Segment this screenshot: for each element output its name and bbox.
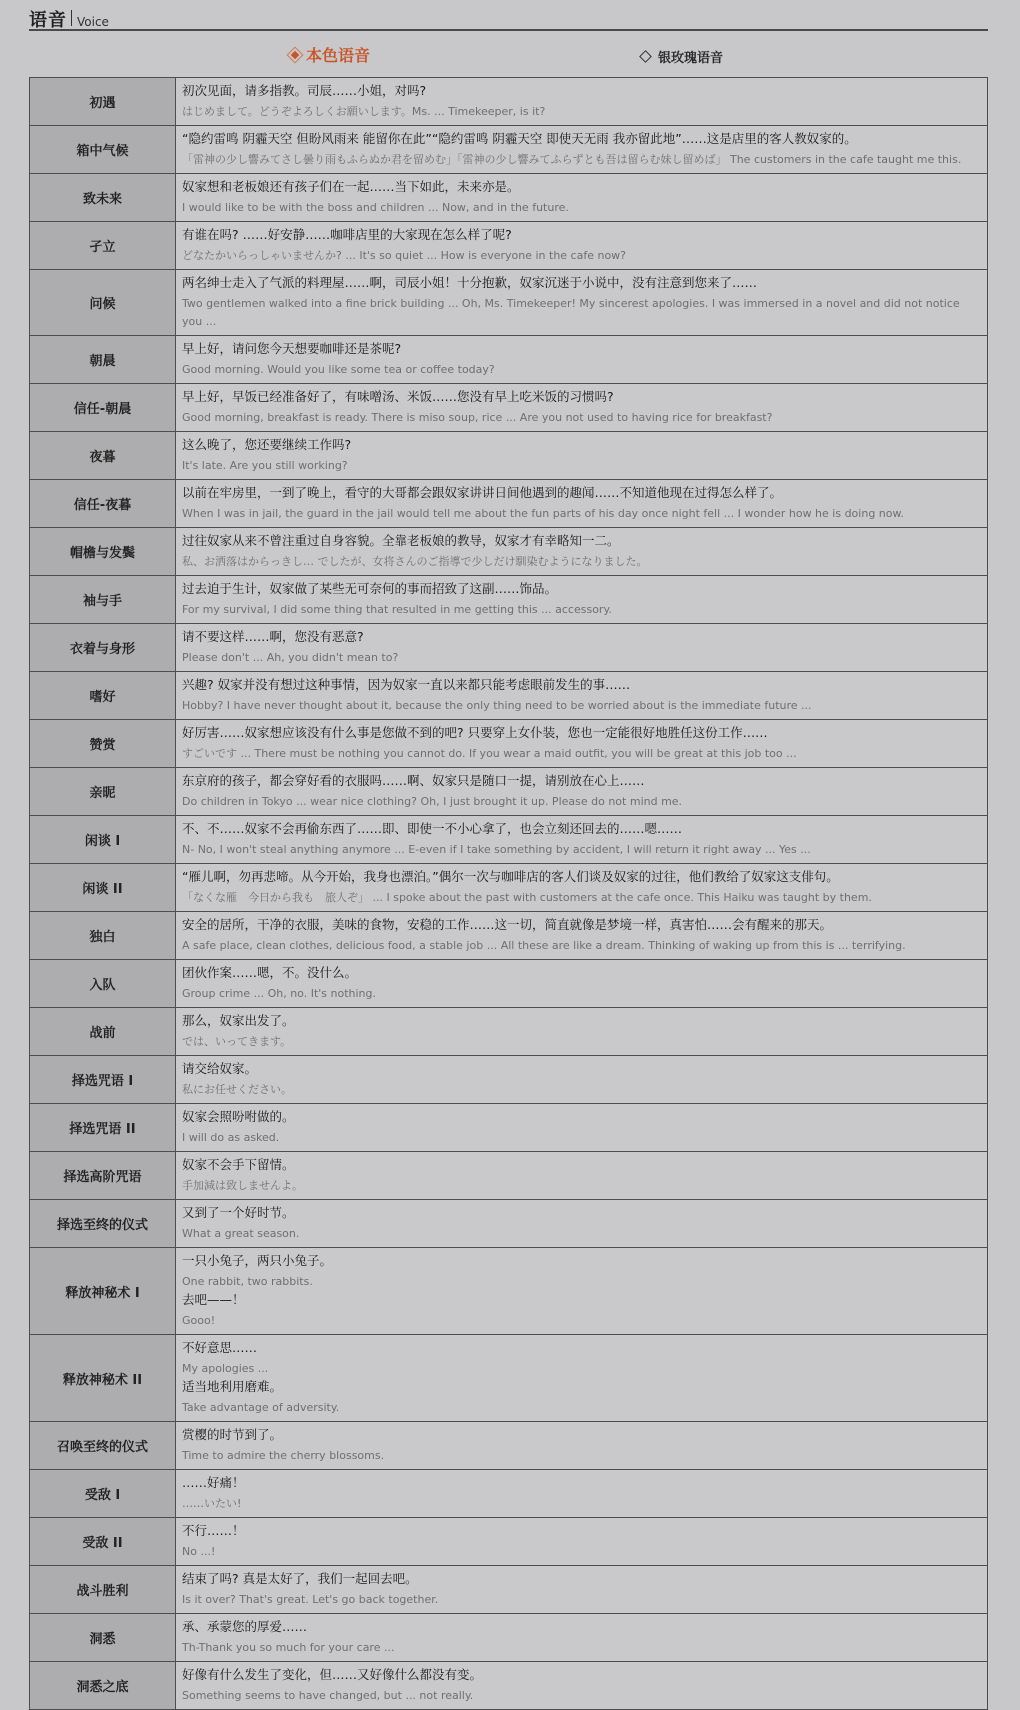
voice-line-chinese: 承、承蒙您的厚爱…… (182, 1618, 981, 1636)
voice-line-chinese: 好厉害……奴家想应该没有什么事是您做不到的吧? 只要穿上女仆装，您也一定能很好地… (182, 724, 981, 742)
voice-line-translation: Th-Thank you so much for your care ... (182, 1639, 981, 1657)
table-row: 独白安全的居所，干净的衣服，美味的食物，安稳的工作……这一切，简直就像是梦境一样… (30, 912, 988, 960)
table-row: 释放神秘术 II不好意思……My apologies ...适当地利用磨难。Ta… (30, 1335, 988, 1422)
tab-default-voice[interactable]: 本色语音 (288, 43, 370, 66)
voice-line-label: 夜暮 (30, 432, 176, 480)
voice-line-translation: For my survival, I did some thing that r… (182, 601, 981, 619)
voice-line-label: 赞赏 (30, 720, 176, 768)
voice-line-content: 奴家不会手下留情。手加減は致しませんよ。 (176, 1152, 988, 1200)
table-row: 受敌 II不行……！No ...! (30, 1518, 988, 1566)
voice-line-translation: I will do as asked. (182, 1129, 981, 1147)
voice-line-translation: Good morning. Would you like some tea or… (182, 361, 981, 379)
tab-label: 银玫瑰语音 (658, 47, 723, 66)
voice-line-translation: A safe place, clean clothes, delicious f… (182, 937, 981, 955)
table-row: 受敌 I……好痛！……いたい! (30, 1470, 988, 1518)
voice-line-chinese: 过去迫于生计，奴家做了某些无可奈何的事而招致了这副……饰品。 (182, 580, 981, 598)
table-row: 释放神秘术 I一只小兔子，两只小兔子。One rabbit, two rabbi… (30, 1248, 988, 1335)
table-row: 亲昵东京府的孩子，都会穿好看的衣服吗……啊、奴家只是随口一提，请别放在心上……D… (30, 768, 988, 816)
voice-line-content: 初次见面，请多指教。司辰……小姐，对吗?はじめまして。どうぞよろしくお願いします… (176, 78, 988, 126)
voice-line-translation: Time to admire the cherry blossoms. (182, 1447, 981, 1465)
table-row: 初遇初次见面，请多指教。司辰……小姐，对吗?はじめまして。どうぞよろしくお願いし… (30, 78, 988, 126)
voice-line-chinese: 结束了吗? 真是太好了，我们一起回去吧。 (182, 1570, 981, 1588)
table-row: 入队团伙作案……嗯，不。没什么。Group crime ... Oh, no. … (30, 960, 988, 1008)
voice-line-label: 召唤至终的仪式 (30, 1422, 176, 1470)
voice-line-translation: Two gentlemen walked into a fine brick b… (182, 295, 981, 331)
voice-line-translation: Please don't ... Ah, you didn't mean to? (182, 649, 981, 667)
voice-line-label: 战斗胜利 (30, 1566, 176, 1614)
voice-line-label: 信任-朝晨 (30, 384, 176, 432)
voice-line-translation: では、いってきます。 (182, 1033, 981, 1051)
voice-line-content: 兴趣? 奴家并没有想过这种事情，因为奴家一直以来都只能考虑眼前发生的事……Hob… (176, 672, 988, 720)
voice-line-translation: Hobby? I have never thought about it, be… (182, 697, 981, 715)
voice-line-chinese: 不好意思…… (182, 1339, 981, 1357)
voice-line-translation: 私、お洒落はからっきし… でしたが、女将さんのご指導で少しだけ馴染むようになりま… (182, 553, 981, 571)
voice-line-translation: What a great season. (182, 1225, 981, 1243)
voice-line-content: 团伙作案……嗯，不。没什么。Group crime ... Oh, no. It… (176, 960, 988, 1008)
voice-line-content: 好厉害……奴家想应该没有什么事是您做不到的吧? 只要穿上女仆装，您也一定能很好地… (176, 720, 988, 768)
voice-line-content: 两名绅士走入了气派的料理屋……啊，司辰小姐！十分抱歉，奴家沉迷于小说中，没有注意… (176, 270, 988, 336)
table-row: 战前那么，奴家出发了。では、いってきます。 (30, 1008, 988, 1056)
title-divider (71, 10, 72, 26)
section-title: 语音 (29, 6, 67, 32)
voice-line-chinese: 又到了一个好时节。 (182, 1204, 981, 1222)
voice-line-content: 这么晚了，您还要继续工作吗?It's late. Are you still w… (176, 432, 988, 480)
voice-line-content: 请交给奴家。私にお任せください。 (176, 1056, 988, 1104)
table-row: 嗜好兴趣? 奴家并没有想过这种事情，因为奴家一直以来都只能考虑眼前发生的事……H… (30, 672, 988, 720)
voice-line-chinese: “雁儿啊，勿再悲啼。从今开始，我身也漂泊。”偶尔一次与咖啡店的客人们谈及奴家的过… (182, 868, 981, 886)
voice-line-content: 好像有什么发生了变化，但……又好像什么都没有变。Something seems … (176, 1662, 988, 1710)
voice-line-chinese: 这么晚了，您还要继续工作吗? (182, 436, 981, 454)
tab-label: 本色语音 (306, 43, 370, 66)
voice-line-label: 洞悉之底 (30, 1662, 176, 1710)
voice-line-content: 安全的居所，干净的衣服，美味的食物，安稳的工作……这一切，简直就像是梦境一样，真… (176, 912, 988, 960)
voice-line-chinese: 奴家不会手下留情。 (182, 1156, 981, 1174)
table-row: 洞悉承、承蒙您的厚爱……Th-Thank you so much for you… (30, 1614, 988, 1662)
voice-line-chinese: 团伙作案……嗯，不。没什么。 (182, 964, 981, 982)
voice-line-translation: どなたかいらっしゃいませんか? ... It's so quiet ... Ho… (182, 247, 981, 265)
voice-line-label: 朝晨 (30, 336, 176, 384)
voice-line-content: 早上好，请问您今天想要咖啡还是茶呢?Good morning. Would yo… (176, 336, 988, 384)
voice-line-label: 择选高阶咒语 (30, 1152, 176, 1200)
voice-line-chinese: 兴趣? 奴家并没有想过这种事情，因为奴家一直以来都只能考虑眼前发生的事…… (182, 676, 981, 694)
voice-line-translation: Good morning, breakfast is ready. There … (182, 409, 981, 427)
voice-line-content: 不、不……奴家不会再偷东西了……即、即使一不小心拿了，也会立刻还回去的……嗯……… (176, 816, 988, 864)
voice-line-translation: One rabbit, two rabbits. (182, 1273, 981, 1291)
voice-line-translation: Group crime ... Oh, no. It's nothing. (182, 985, 981, 1003)
voice-line-label: 信任-夜暮 (30, 480, 176, 528)
table-row: 致未来奴家想和老板娘还有孩子们在一起……当下如此，未来亦是。I would li… (30, 174, 988, 222)
voice-line-translation: 私にお任せください。 (182, 1081, 981, 1099)
voice-line-chinese: 两名绅士走入了气派的料理屋……啊，司辰小姐！十分抱歉，奴家沉迷于小说中，没有注意… (182, 274, 981, 292)
voice-line-chinese: 不、不……奴家不会再偷东西了……即、即使一不小心拿了，也会立刻还回去的……嗯…… (182, 820, 981, 838)
voice-line-translation: When I was in jail, the guard in the jai… (182, 505, 981, 523)
table-row: 召唤至终的仪式赏樱的时节到了。Time to admire the cherry… (30, 1422, 988, 1470)
voice-line-content: “隐约雷鸣 阴霾天空 但盼风雨来 能留你在此”“隐约雷鸣 阴霾天空 即使天无雨 … (176, 126, 988, 174)
voice-line-translation: Take advantage of adversity. (182, 1399, 981, 1417)
voice-line-label: 孑立 (30, 222, 176, 270)
voice-line-label: 择选至终的仪式 (30, 1200, 176, 1248)
voice-line-chinese: 早上好，请问您今天想要咖啡还是茶呢? (182, 340, 981, 358)
voice-line-content: 承、承蒙您的厚爱……Th-Thank you so much for your … (176, 1614, 988, 1662)
voice-line-chinese: 适当地利用磨难。 (182, 1378, 981, 1396)
voice-line-label: 嗜好 (30, 672, 176, 720)
voice-line-chinese: “隐约雷鸣 阴霾天空 但盼风雨来 能留你在此”“隐约雷鸣 阴霾天空 即使天无雨 … (182, 130, 981, 148)
voice-line-chinese: 去吧——！ (182, 1291, 981, 1309)
voice-line-label: 闲谈 I (30, 816, 176, 864)
voice-line-label: 洞悉 (30, 1614, 176, 1662)
table-row: 夜暮这么晚了，您还要继续工作吗?It's late. Are you still… (30, 432, 988, 480)
voice-line-label: 独白 (30, 912, 176, 960)
table-row: 择选咒语 II奴家会照吩咐做的。I will do as asked. (30, 1104, 988, 1152)
voice-line-label: 入队 (30, 960, 176, 1008)
table-row: 洞悉之底好像有什么发生了变化，但……又好像什么都没有变。Something se… (30, 1662, 988, 1710)
table-row: 赞赏好厉害……奴家想应该没有什么事是您做不到的吧? 只要穿上女仆装，您也一定能很… (30, 720, 988, 768)
voice-line-chinese: 不行……！ (182, 1522, 981, 1540)
table-row: 闲谈 I不、不……奴家不会再偷东西了……即、即使一不小心拿了，也会立刻还回去的…… (30, 816, 988, 864)
voice-line-content: 过往奴家从来不曾注重过自身容貌。全靠老板娘的教导，奴家才有幸略知一二。私、お洒落… (176, 528, 988, 576)
table-row: 问候两名绅士走入了气派的料理屋……啊，司辰小姐！十分抱歉，奴家沉迷于小说中，没有… (30, 270, 988, 336)
voice-line-chinese: 好像有什么发生了变化，但……又好像什么都没有变。 (182, 1666, 981, 1684)
voice-line-chinese: 请交给奴家。 (182, 1060, 981, 1078)
voice-line-chinese: 有谁在吗? ……好安静……咖啡店里的大家现在怎么样了呢? (182, 226, 981, 244)
voice-page: 语音 Voice 本色语音 银玫瑰语音 初遇初次见面，请多指教。司辰……小姐，对… (0, 0, 1020, 1710)
voice-line-label: 问候 (30, 270, 176, 336)
voice-line-translation: N- No, I won't steal anything anymore ..… (182, 841, 981, 859)
voice-line-translation: Is it over? That's great. Let's go back … (182, 1591, 981, 1609)
voice-line-translation: Gooo! (182, 1312, 981, 1330)
voice-line-label: 受敌 II (30, 1518, 176, 1566)
voice-line-translation: はじめまして。どうぞよろしくお願いします。Ms. ... Timekeeper,… (182, 103, 981, 121)
voice-line-content: 赏樱的时节到了。Time to admire the cherry blosso… (176, 1422, 988, 1470)
voice-line-content: 东京府的孩子，都会穿好看的衣服吗……啊、奴家只是随口一提，请别放在心上……Do … (176, 768, 988, 816)
voice-line-chinese: 请不要这样……啊，您没有恶意? (182, 628, 981, 646)
voice-line-chinese: 赏樱的时节到了。 (182, 1426, 981, 1444)
table-row: 择选高阶咒语奴家不会手下留情。手加減は致しませんよ。 (30, 1152, 988, 1200)
voice-line-content: 以前在牢房里，一到了晚上，看守的大哥都会跟奴家讲讲日间他遇到的趣闻……不知道他现… (176, 480, 988, 528)
voice-line-content: 请不要这样……啊，您没有恶意?Please don't ... Ah, you … (176, 624, 988, 672)
voice-line-content: 过去迫于生计，奴家做了某些无可奈何的事而招致了这副……饰品。For my sur… (176, 576, 988, 624)
voice-line-chinese: ……好痛！ (182, 1474, 981, 1492)
voice-line-label: 释放神秘术 II (30, 1335, 176, 1422)
voice-line-label: 释放神秘术 I (30, 1248, 176, 1335)
voice-line-content: 有谁在吗? ……好安静……咖啡店里的大家现在怎么样了呢?どなたかいらっしゃいませ… (176, 222, 988, 270)
table-row: 帽檐与发鬓过往奴家从来不曾注重过自身容貌。全靠老板娘的教导，奴家才有幸略知一二。… (30, 528, 988, 576)
voice-line-content: 不好意思……My apologies ...适当地利用磨难。Take advan… (176, 1335, 988, 1422)
voice-tabs: 本色语音 银玫瑰语音 (29, 31, 988, 77)
table-row: 孑立有谁在吗? ……好安静……咖啡店里的大家现在怎么样了呢?どなたかいらっしゃい… (30, 222, 988, 270)
voice-line-content: 不行……！No ...! (176, 1518, 988, 1566)
table-row: 袖与手过去迫于生计，奴家做了某些无可奈何的事而招致了这副……饰品。For my … (30, 576, 988, 624)
voice-line-chinese: 东京府的孩子，都会穿好看的衣服吗……啊、奴家只是随口一提，请别放在心上…… (182, 772, 981, 790)
voice-line-chinese: 以前在牢房里，一到了晚上，看守的大哥都会跟奴家讲讲日间他遇到的趣闻……不知道他现… (182, 484, 981, 502)
tab-silver-rose-voice[interactable]: 银玫瑰语音 (641, 47, 723, 66)
voice-line-label: 致未来 (30, 174, 176, 222)
diamond-filled-icon (288, 48, 302, 62)
voice-line-chinese: 过往奴家从来不曾注重过自身容貌。全靠老板娘的教导，奴家才有幸略知一二。 (182, 532, 981, 550)
voice-line-label: 衣着与身形 (30, 624, 176, 672)
table-row: 择选至终的仪式又到了一个好时节。What a great season. (30, 1200, 988, 1248)
voice-line-translation: My apologies ... (182, 1360, 981, 1378)
voice-line-content: 奴家会照吩咐做的。I will do as asked. (176, 1104, 988, 1152)
voice-lines-table: 初遇初次见面，请多指教。司辰……小姐，对吗?はじめまして。どうぞよろしくお願いし… (29, 77, 988, 1710)
voice-line-chinese: 奴家会照吩咐做的。 (182, 1108, 981, 1126)
voice-line-label: 亲昵 (30, 768, 176, 816)
voice-line-translation: 手加減は致しませんよ。 (182, 1177, 981, 1195)
voice-line-content: 结束了吗? 真是太好了，我们一起回去吧。Is it over? That's g… (176, 1566, 988, 1614)
section-subtitle: Voice (77, 15, 109, 29)
voice-line-label: 闲谈 II (30, 864, 176, 912)
table-row: 信任-朝晨早上好，早饭已经准备好了，有味噌汤、米饭……您没有早上吃米饭的习惯吗?… (30, 384, 988, 432)
voice-line-chinese: 早上好，早饭已经准备好了，有味噌汤、米饭……您没有早上吃米饭的习惯吗? (182, 388, 981, 406)
voice-line-chinese: 初次见面，请多指教。司辰……小姐，对吗? (182, 82, 981, 100)
voice-line-content: 早上好，早饭已经准备好了，有味噌汤、米饭……您没有早上吃米饭的习惯吗?Good … (176, 384, 988, 432)
voice-line-label: 袖与手 (30, 576, 176, 624)
voice-line-content: “雁儿啊，勿再悲啼。从今开始，我身也漂泊。”偶尔一次与咖啡店的客人们谈及奴家的过… (176, 864, 988, 912)
voice-line-label: 初遇 (30, 78, 176, 126)
voice-line-content: ……好痛！……いたい! (176, 1470, 988, 1518)
voice-line-translation: It's late. Are you still working? (182, 457, 981, 475)
voice-line-chinese: 一只小兔子，两只小兔子。 (182, 1252, 981, 1270)
diamond-outline-icon (639, 50, 652, 63)
table-row: 信任-夜暮以前在牢房里，一到了晚上，看守的大哥都会跟奴家讲讲日间他遇到的趣闻……… (30, 480, 988, 528)
voice-line-translation: I would like to be with the boss and chi… (182, 199, 981, 217)
voice-line-label: 择选咒语 I (30, 1056, 176, 1104)
voice-line-chinese: 那么，奴家出发了。 (182, 1012, 981, 1030)
voice-line-translation: Something seems to have changed, but ...… (182, 1687, 981, 1705)
table-row: 闲谈 II“雁儿啊，勿再悲啼。从今开始，我身也漂泊。”偶尔一次与咖啡店的客人们谈… (30, 864, 988, 912)
voice-line-translation: 「雷神の少し響みてさし曇り雨もふらぬか君を留めむ」「雷神の少し響みてふらずとも吾… (182, 151, 981, 169)
voice-line-label: 受敌 I (30, 1470, 176, 1518)
table-row: 战斗胜利结束了吗? 真是太好了，我们一起回去吧。Is it over? That… (30, 1566, 988, 1614)
table-row: 朝晨早上好，请问您今天想要咖啡还是茶呢?Good morning. Would … (30, 336, 988, 384)
table-row: 择选咒语 I请交给奴家。私にお任せください。 (30, 1056, 988, 1104)
voice-line-chinese: 安全的居所，干净的衣服，美味的食物，安稳的工作……这一切，简直就像是梦境一样，真… (182, 916, 981, 934)
voice-line-content: 一只小兔子，两只小兔子。One rabbit, two rabbits.去吧——… (176, 1248, 988, 1335)
voice-line-translation: 「なくな雁 今日から我も 旅人ぞ」 ... I spoke about the … (182, 889, 981, 907)
section-header: 语音 Voice (29, 0, 988, 31)
voice-line-label: 战前 (30, 1008, 176, 1056)
table-row: 箱中气候“隐约雷鸣 阴霾天空 但盼风雨来 能留你在此”“隐约雷鸣 阴霾天空 即使… (30, 126, 988, 174)
voice-line-content: 又到了一个好时节。What a great season. (176, 1200, 988, 1248)
voice-line-chinese: 奴家想和老板娘还有孩子们在一起……当下如此，未来亦是。 (182, 178, 981, 196)
voice-line-label: 择选咒语 II (30, 1104, 176, 1152)
voice-line-translation: すごいです ... There must be nothing you cann… (182, 745, 981, 763)
voice-line-label: 帽檐与发鬓 (30, 528, 176, 576)
voice-line-label: 箱中气候 (30, 126, 176, 174)
voice-line-content: 奴家想和老板娘还有孩子们在一起……当下如此，未来亦是。I would like … (176, 174, 988, 222)
voice-line-translation: Do children in Tokyo ... wear nice cloth… (182, 793, 981, 811)
voice-line-translation: No ...! (182, 1543, 981, 1561)
voice-line-translation: ……いたい! (182, 1495, 981, 1513)
voice-line-content: 那么，奴家出发了。では、いってきます。 (176, 1008, 988, 1056)
table-row: 衣着与身形请不要这样……啊，您没有恶意?Please don't ... Ah,… (30, 624, 988, 672)
